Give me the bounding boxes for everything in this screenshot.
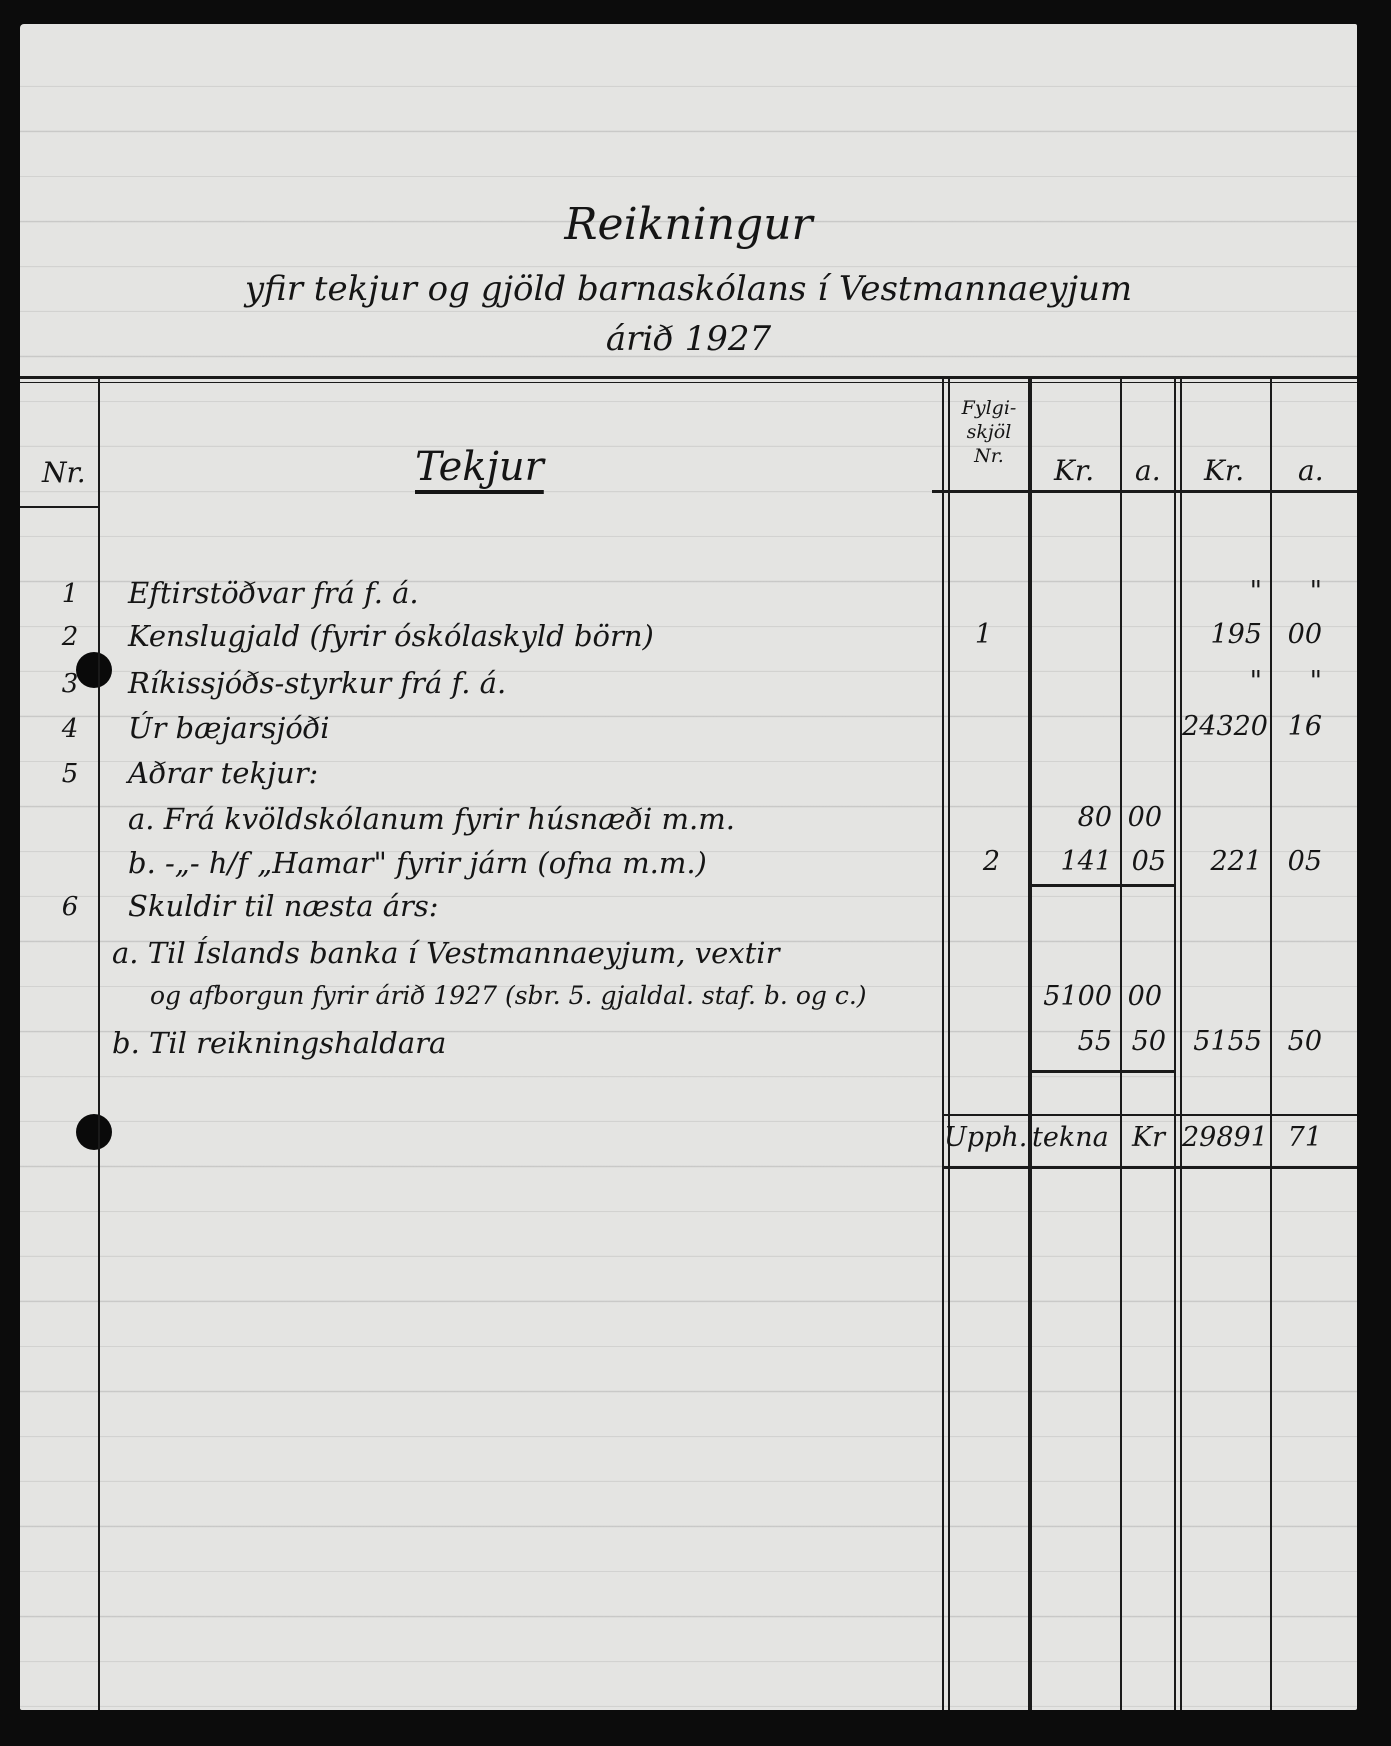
header-kr2: Kr. xyxy=(1204,454,1244,487)
document-title: Reikningur xyxy=(20,199,1357,250)
row-5b-text: b. -„- h/f „Hamar" fyrir járn (ofna m.m.… xyxy=(128,846,707,880)
header-a1: a. xyxy=(1135,454,1161,487)
row-2-voucher: 1 xyxy=(952,619,992,650)
header-voucher: Fylgi- skjöl Nr. xyxy=(950,396,1028,468)
row-5b-a1: 05 xyxy=(1122,846,1166,877)
table-top-rule-thin xyxy=(20,382,1357,383)
subtotal-rule-5 xyxy=(1032,884,1174,887)
row-6a-text-cont: og afborgun fyrir árið 1927 (sbr. 5. gja… xyxy=(150,981,867,1010)
row-5a-kr1: 80 xyxy=(1032,802,1112,833)
row-4-a2: 16 xyxy=(1272,711,1322,742)
document-subtitle: yfir tekjur og gjöld barnaskólans í Vest… xyxy=(20,269,1357,309)
row-6b-text: b. Til reikningshaldara xyxy=(112,1026,446,1060)
row-1-a2: " xyxy=(1272,576,1322,607)
row-5b-kr1: 141 xyxy=(1032,846,1112,877)
row-2-a2: 00 xyxy=(1272,619,1322,650)
row-5-number: 5 xyxy=(50,759,90,789)
row-2-number: 2 xyxy=(50,622,90,652)
row-1-kr2: " xyxy=(1182,576,1262,607)
header-section-tekjur: Tekjur xyxy=(415,444,544,490)
row-6b-a1: 50 xyxy=(1122,1026,1166,1057)
row-6-text: Skuldir til næsta árs: xyxy=(128,889,439,923)
row-6a-kr1: 5100 xyxy=(1032,981,1112,1012)
total-kr: 29891 xyxy=(1182,1122,1264,1153)
kr2-column-rule xyxy=(1174,376,1176,1710)
header-voucher-line2: skjöl xyxy=(950,420,1028,444)
table-top-rule xyxy=(20,376,1357,379)
voucher-column-rule-2 xyxy=(948,376,950,1710)
header-number: Nr. xyxy=(42,456,86,489)
row-3-a2: " xyxy=(1272,666,1322,697)
row-5a-text: a. Frá kvöldskólanum fyrir húsnæði m.m. xyxy=(128,802,735,836)
punch-hole xyxy=(76,1114,112,1150)
row-5-text: Aðrar tekjur: xyxy=(128,756,318,790)
total-top-rule xyxy=(942,1114,1357,1116)
row-5b-voucher: 2 xyxy=(960,846,1000,877)
row-6a-text: a. Til Íslands banka í Vestmannaeyjum, v… xyxy=(112,936,779,970)
row-1-text: Eftirstöðvar frá f. á. xyxy=(128,576,419,610)
ledger-page: Reikningur yfir tekjur og gjöld barnaskó… xyxy=(20,24,1357,1710)
row-5b-kr2: 221 xyxy=(1182,846,1262,877)
row-4-number: 4 xyxy=(50,714,90,744)
total-label-2: tekna xyxy=(1032,1122,1109,1153)
row-6b-kr1: 55 xyxy=(1032,1026,1112,1057)
row-3-number: 3 xyxy=(50,669,90,699)
header-a2: a. xyxy=(1298,454,1324,487)
row-4-kr2: 24320 xyxy=(1182,711,1268,742)
total-bottom-rule xyxy=(942,1166,1357,1169)
row-2-text: Kenslugjald (fyrir óskólaskyld börn) xyxy=(128,619,654,653)
row-2-kr2: 195 xyxy=(1182,619,1262,650)
header-rule-right xyxy=(932,490,1357,493)
header-rule-left xyxy=(20,506,100,508)
document-year: árið 1927 xyxy=(20,319,1357,359)
total-a: 71 xyxy=(1272,1122,1322,1153)
total-label-3: Kr xyxy=(1132,1122,1165,1153)
row-5a-a1: 00 xyxy=(1122,802,1162,833)
header-voucher-line1: Fylgi- xyxy=(950,396,1028,420)
row-4-text: Úr bæjarsjóði xyxy=(128,711,330,745)
row-5b-a2: 05 xyxy=(1272,846,1322,877)
header-kr1: Kr. xyxy=(1054,454,1094,487)
row-6a-a1: 00 xyxy=(1122,981,1162,1012)
subtotal-rule-6 xyxy=(1032,1070,1174,1073)
voucher-column-rule xyxy=(942,376,944,1710)
row-6b-kr2: 5155 xyxy=(1182,1026,1262,1057)
row-6-number: 6 xyxy=(50,892,90,922)
row-3-kr2: " xyxy=(1182,666,1262,697)
total-label-1: Upph. xyxy=(944,1122,1027,1153)
row-3-text: Ríkissjóðs-styrkur frá f. á. xyxy=(128,666,506,700)
header-voucher-line3: Nr. xyxy=(950,444,1028,468)
number-column-rule xyxy=(98,376,100,1710)
row-6b-a2: 50 xyxy=(1272,1026,1322,1057)
row-1-number: 1 xyxy=(50,579,90,609)
